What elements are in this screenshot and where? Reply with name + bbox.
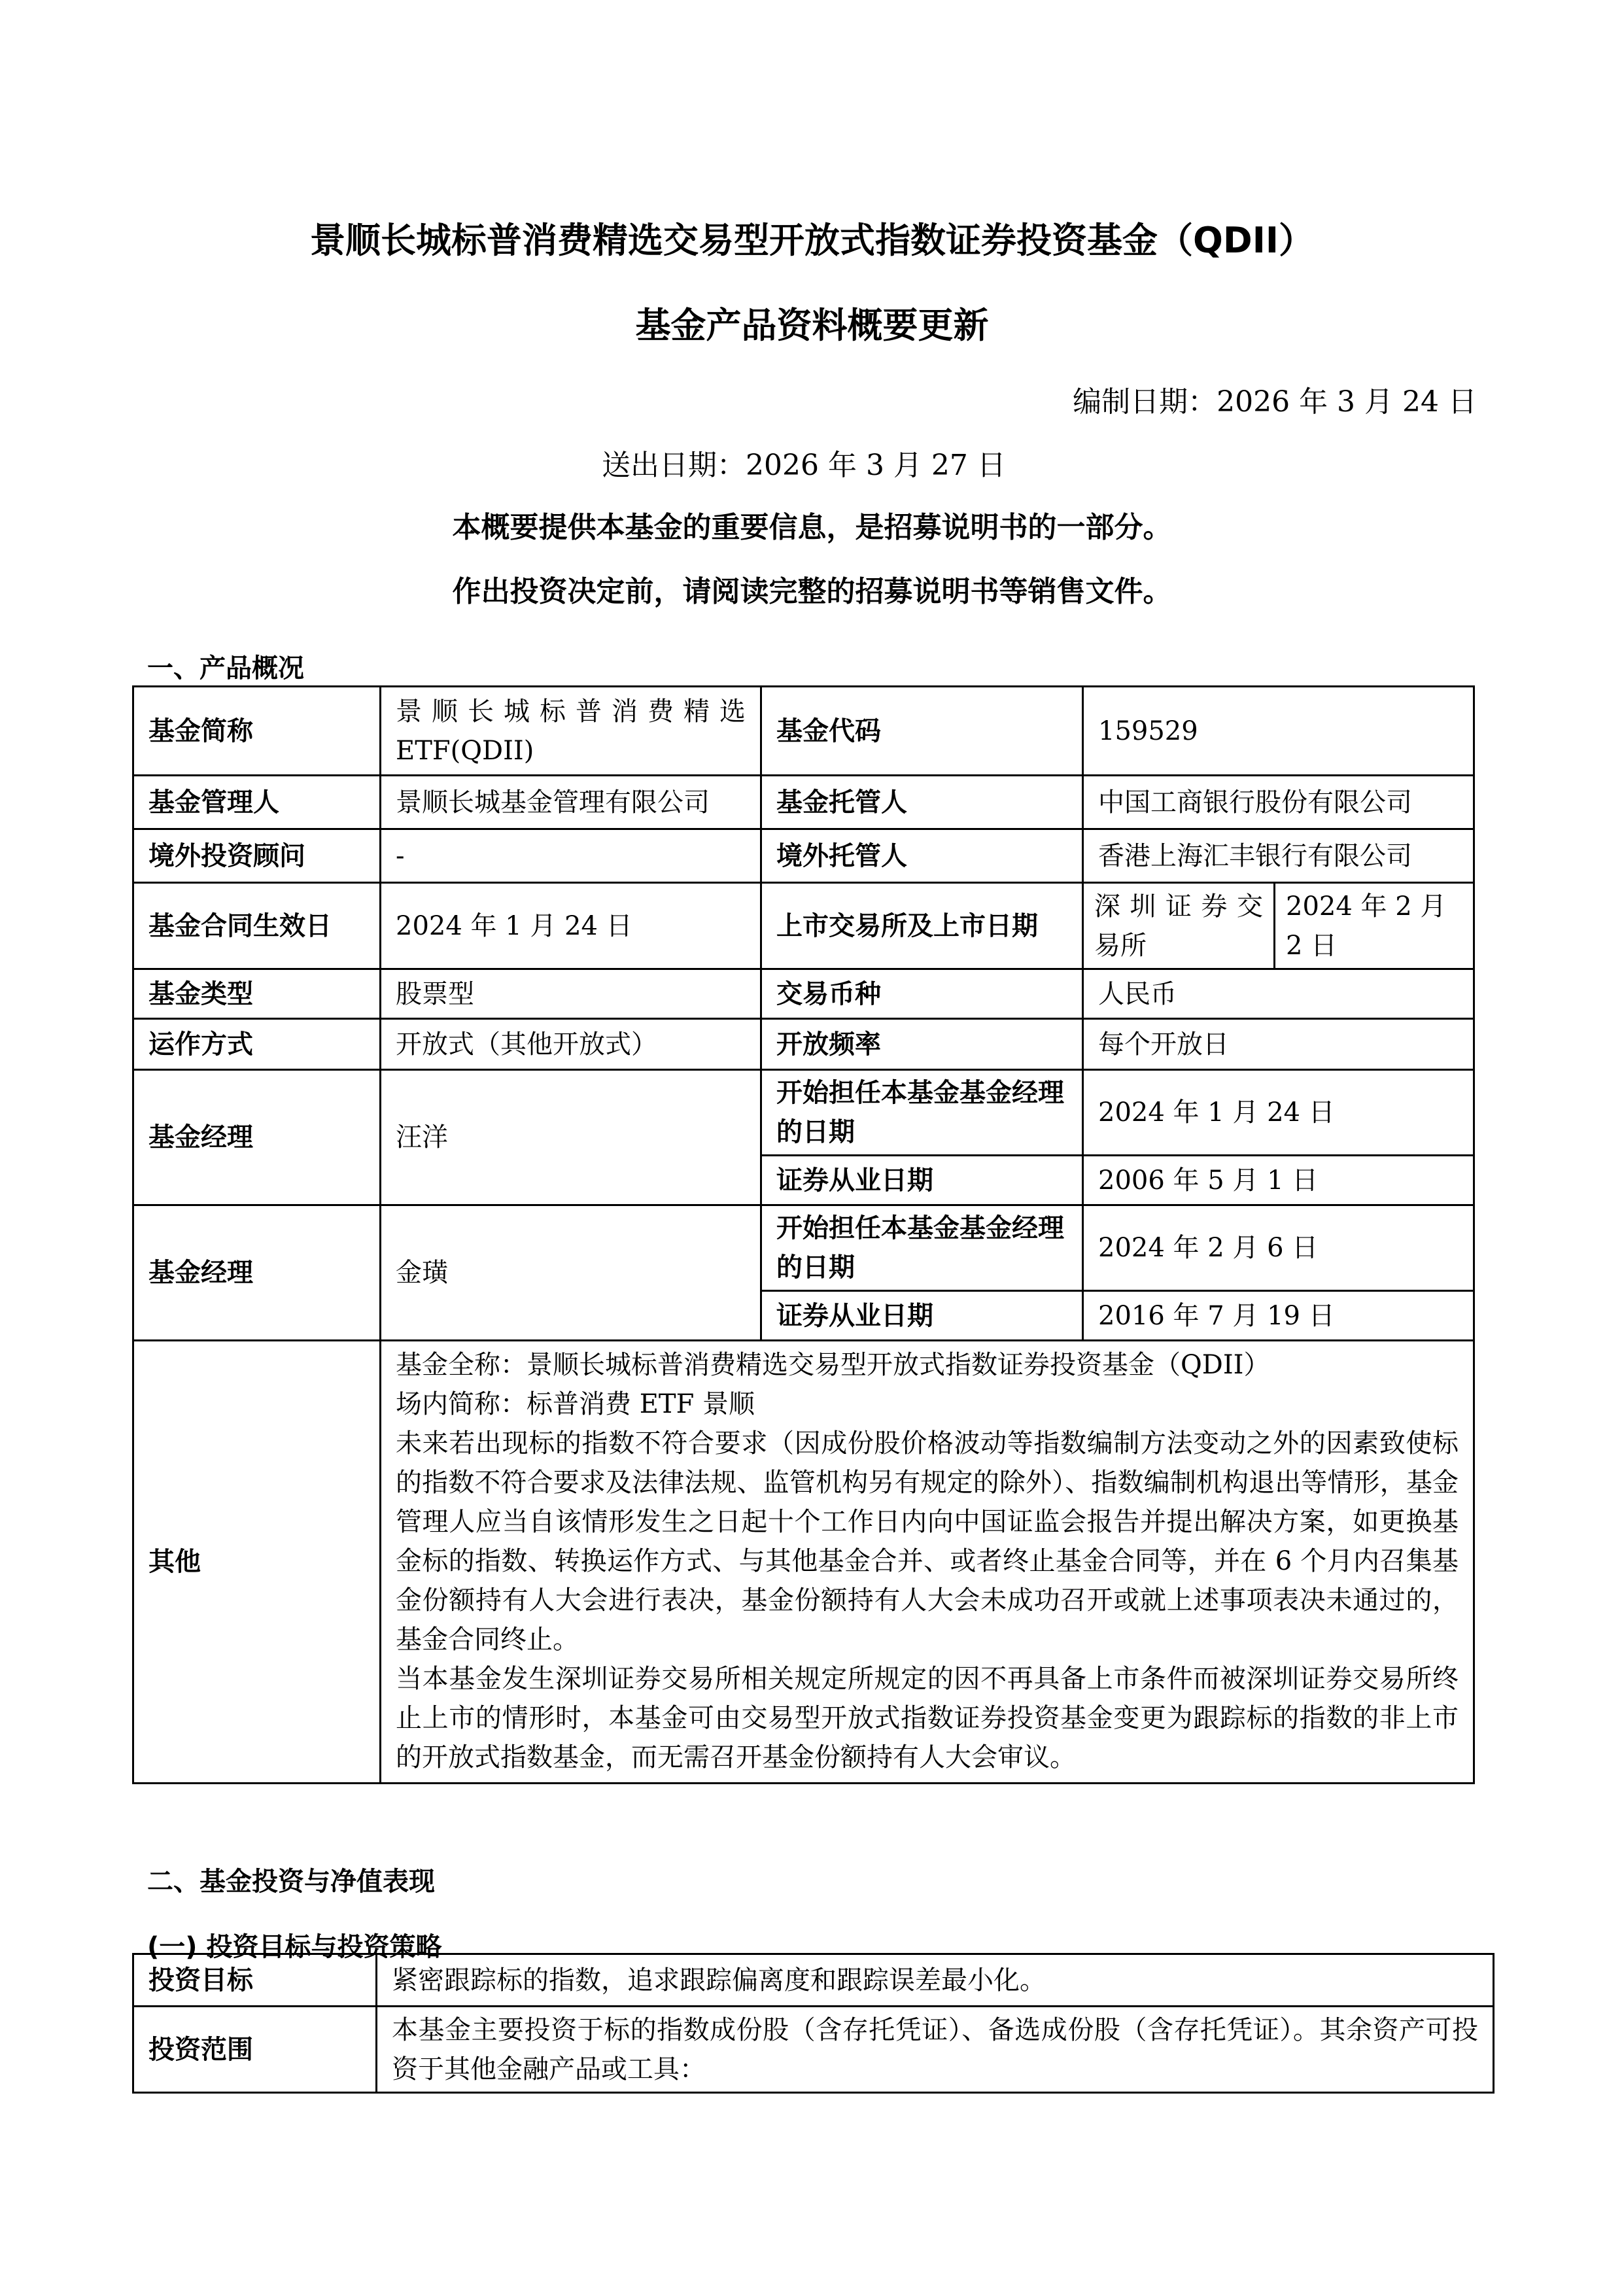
table-row: 基金管理人 景顺长城基金管理有限公司 基金托管人 中国工商银行股份有限公司	[133, 776, 1474, 829]
table-row: 境外投资顾问 - 境外托管人 香港上海汇丰银行有限公司	[133, 829, 1474, 883]
value-career-start-date: 2016 年 7 月 19 日	[1083, 1291, 1474, 1341]
value-career-start-date: 2006 年 5 月 1 日	[1083, 1156, 1474, 1205]
label-custodian: 基金托管人	[761, 776, 1083, 829]
value-open-frequency: 每个开放日	[1083, 1019, 1474, 1070]
label-currency: 交易币种	[761, 969, 1083, 1019]
label-investment-scope: 投资范围	[133, 2007, 377, 2093]
fund-full-name: 基金全称：景顺长城标普消费精选交易型开放式指数证券投资基金（QDII）	[396, 1345, 1459, 1385]
value-investment-objective: 紧密跟踪标的指数，追求跟踪偏离度和跟踪误差最小化。	[377, 1954, 1494, 2007]
value-manager-start-date: 2024 年 1 月 24 日	[1083, 1070, 1474, 1156]
label-operation: 运作方式	[133, 1019, 381, 1070]
notice-line-2: 作出投资决定前，请阅读完整的招募说明书等销售文件。	[0, 568, 1624, 610]
notice-line-1: 本概要提供本基金的重要信息，是招募说明书的一部分。	[0, 504, 1624, 545]
label-fund-type: 基金类型	[133, 969, 381, 1019]
value-fund-manager-name: 金璜	[381, 1205, 761, 1341]
exchange-short-name: 场内简称：标普消费 ETF 景顺	[396, 1385, 1459, 1424]
value-fund-manager-name: 汪洋	[381, 1070, 761, 1205]
value-currency: 人民币	[1083, 969, 1474, 1019]
value-investment-scope: 本基金主要投资于标的指数成份股（含存托凭证）、备选成份股（含存托凭证）。其余资产…	[377, 2007, 1494, 2093]
value-fund-short-name: 景顺长城标普消费精选 ETF(QDII)	[381, 687, 761, 776]
label-investment-objective: 投资目标	[133, 1954, 377, 2007]
value-operation: 开放式（其他开放式）	[381, 1019, 761, 1070]
label-other: 其他	[133, 1341, 381, 1784]
value-other: 基金全称：景顺长城标普消费精选交易型开放式指数证券投资基金（QDII） 场内简称…	[381, 1341, 1474, 1784]
label-fund-code: 基金代码	[761, 687, 1083, 776]
label-fund-short-name: 基金简称	[133, 687, 381, 776]
investment-objective-table: 投资目标 紧密跟踪标的指数，追求跟踪偏离度和跟踪误差最小化。 投资范围 本基金主…	[132, 1953, 1494, 2094]
label-fund-manager: 基金经理	[133, 1070, 381, 1205]
table-row: 基金简称 景顺长城标普消费精选 ETF(QDII) 基金代码 159529	[133, 687, 1474, 776]
label-overseas-custodian: 境外托管人	[761, 829, 1083, 883]
label-career-start-date: 证券从业日期	[761, 1156, 1083, 1205]
table-row: 投资范围 本基金主要投资于标的指数成份股（含存托凭证）、备选成份股（含存托凭证）…	[133, 2007, 1494, 2093]
send-date: 送出日期：2026 年 3 月 27 日	[602, 441, 1006, 483]
label-contract-effective: 基金合同生效日	[133, 883, 381, 969]
section-heading-product-overview: 一、产品概况	[147, 647, 304, 685]
value-overseas-advisor: -	[381, 829, 761, 883]
table-row: 其他 基金全称：景顺长城标普消费精选交易型开放式指数证券投资基金（QDII） 场…	[133, 1341, 1474, 1784]
label-career-start-date: 证券从业日期	[761, 1291, 1083, 1341]
label-overseas-advisor: 境外投资顾问	[133, 829, 381, 883]
table-row: 基金经理 汪洋 开始担任本基金基金经理的日期 2024 年 1 月 24 日	[133, 1070, 1474, 1156]
label-listing: 上市交易所及上市日期	[761, 883, 1083, 969]
section-heading-investment: 二、基金投资与净值表现	[147, 1861, 435, 1898]
value-custodian: 中国工商银行股份有限公司	[1083, 776, 1474, 829]
value-fund-code: 159529	[1083, 687, 1474, 776]
table-row: 运作方式 开放式（其他开放式） 开放频率 每个开放日	[133, 1019, 1474, 1070]
value-overseas-custodian: 香港上海汇丰银行有限公司	[1083, 829, 1474, 883]
table-row: 基金合同生效日 2024 年 1 月 24 日 上市交易所及上市日期 深圳证券交…	[133, 883, 1474, 969]
value-listing-date: 2024 年 2 月 2 日	[1275, 883, 1474, 969]
value-listing-exchange: 深圳证券交 易所	[1083, 883, 1275, 969]
label-open-frequency: 开放频率	[761, 1019, 1083, 1070]
table-row: 投资目标 紧密跟踪标的指数，追求跟踪偏离度和跟踪误差最小化。	[133, 1954, 1494, 2007]
compile-date: 编制日期：2026 年 3 月 24 日	[1073, 378, 1477, 420]
document-title: 景顺长城标普消费精选交易型开放式指数证券投资基金（QDII）	[0, 213, 1624, 263]
document-subtitle: 基金产品资料概要更新	[0, 298, 1624, 348]
document-page: 景顺长城标普消费精选交易型开放式指数证券投资基金（QDII） 基金产品资料概要更…	[0, 0, 1624, 2295]
table-row: 基金类型 股票型 交易币种 人民币	[133, 969, 1474, 1019]
other-paragraph-2: 当本基金发生深圳证券交易所相关规定所规定的因不再具备上市条件而被深圳证券交易所终…	[396, 1659, 1459, 1777]
value-manager-start-date: 2024 年 2 月 6 日	[1083, 1205, 1474, 1291]
other-paragraph-1: 未来若出现标的指数不符合要求（因成份股价格波动等指数编制方法变动之外的因素致使标…	[396, 1424, 1459, 1659]
label-fund-manager: 基金经理	[133, 1205, 381, 1341]
value-contract-effective: 2024 年 1 月 24 日	[381, 883, 761, 969]
label-manager: 基金管理人	[133, 776, 381, 829]
table-row: 基金经理 金璜 开始担任本基金基金经理的日期 2024 年 2 月 6 日	[133, 1205, 1474, 1291]
value-manager: 景顺长城基金管理有限公司	[381, 776, 761, 829]
value-fund-type: 股票型	[381, 969, 761, 1019]
label-manager-start-date: 开始担任本基金基金经理的日期	[761, 1205, 1083, 1291]
product-overview-table: 基金简称 景顺长城标普消费精选 ETF(QDII) 基金代码 159529 基金…	[132, 685, 1475, 1784]
label-manager-start-date: 开始担任本基金基金经理的日期	[761, 1070, 1083, 1156]
